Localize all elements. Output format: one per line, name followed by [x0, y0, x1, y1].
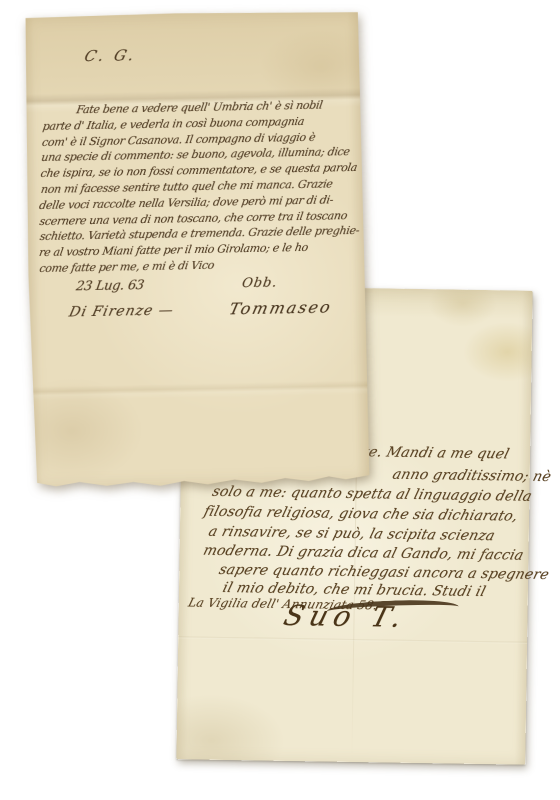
- letter1-body-line: come fatte per me, e mi è di Vico: [38, 259, 215, 275]
- letter-sheet-1-surface: C. G. Fate bene a vedere quell' Umbria c…: [24, 10, 370, 488]
- letter1-body-line: parte d' Italia, e vederla in così buona…: [42, 115, 305, 133]
- manuscript-photo: te. Mandi a me quel anno graditissimo; n…: [0, 0, 560, 800]
- letter2-body-line: moderna. Di grazia dica al Gando, mi fac…: [201, 543, 525, 564]
- fold-crease-horizontal: [178, 636, 527, 643]
- letter2-body-line: te. Mandi a me quel: [361, 444, 511, 462]
- letter1-date: 23 Lug. 63: [75, 278, 145, 294]
- letter2-body-line: solo a me: quanto spetta al linguaggio d…: [210, 484, 533, 505]
- letter2-body-line: filosofia religiosa, giova che sia dichi…: [202, 504, 520, 525]
- letter2-body-line: a rinsavire, se si può, la scipita scien…: [207, 524, 497, 544]
- letter2-body-line: anno graditissimo; nè: [391, 467, 553, 485]
- letter1-header: C. G.: [82, 46, 139, 65]
- letter1-place: Di Firenze —: [67, 302, 175, 320]
- letter1-body-line: re al vostro Miani fatte per il mio Giro…: [38, 241, 309, 259]
- letter1-body-line: Fate bene a vedere quell' Umbria ch' è s…: [75, 99, 323, 117]
- letter1-signature: Tommaseo: [227, 297, 334, 318]
- letter1-closing: Obb.: [241, 275, 279, 291]
- letter-sheet-1: C. G. Fate bene a vedere quell' Umbria c…: [24, 10, 370, 488]
